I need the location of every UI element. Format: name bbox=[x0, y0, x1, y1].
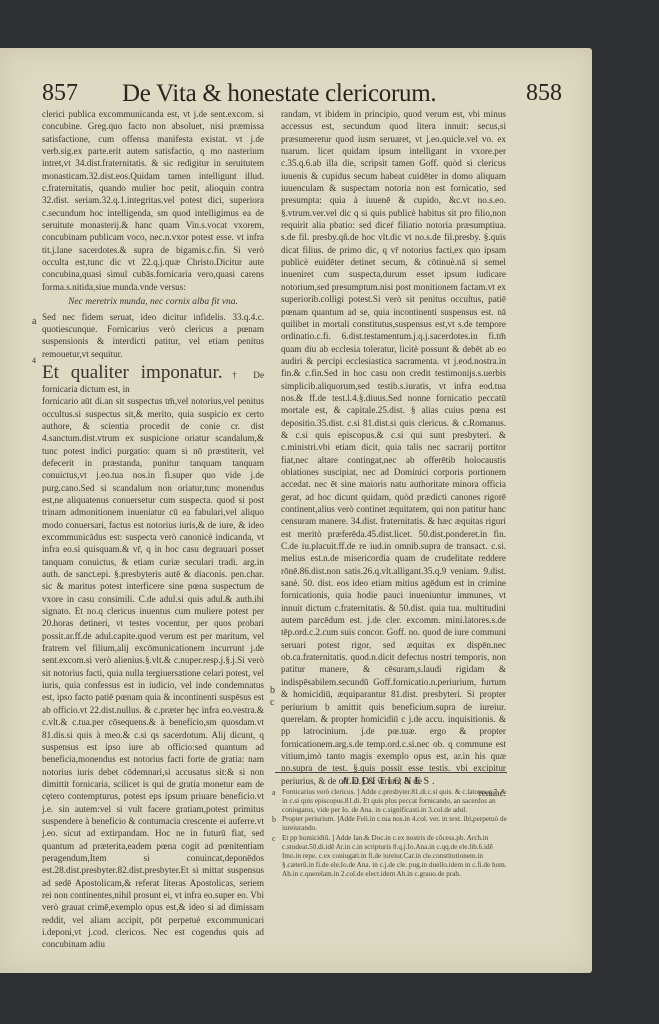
margin-letter-c: c bbox=[270, 697, 274, 708]
addition-item: a Fornicarius verò clericus. ] Adde c.pr… bbox=[272, 788, 507, 815]
additiones-section: ADDITIONES. a Fornicarius verò clericus.… bbox=[272, 777, 507, 879]
addition-text: Propter periurium. ]Adde Feli.in c.tua n… bbox=[282, 815, 507, 832]
right-column: randam, vt ibidem in principio, quod ver… bbox=[281, 108, 506, 799]
section-heading: Et qualiter imponatur. bbox=[42, 362, 223, 383]
right-page-number: 858 bbox=[526, 80, 562, 107]
margin-letter-a: a bbox=[32, 316, 36, 327]
margin-letter-b: b bbox=[270, 685, 275, 696]
left-page-number: 857 bbox=[42, 80, 78, 107]
section-divider bbox=[275, 772, 507, 773]
additiones-title: ADDITIONES. bbox=[272, 777, 507, 786]
left-paragraph-2: Sed nec fidem seruat, ideo dicitur infid… bbox=[42, 311, 264, 360]
verse-line: Nec meretrix munda, nec cornix alba fit … bbox=[42, 296, 264, 308]
addition-text: Et pp homicidiū. ] Adde Ian.& Doc.in c.e… bbox=[282, 834, 507, 878]
addition-item: b Propter periurium. ]Adde Feli.in c.tua… bbox=[272, 815, 507, 833]
right-paragraph-1: randam, vt ibidem in principio, quod ver… bbox=[281, 108, 506, 787]
addition-label: c bbox=[272, 834, 276, 843]
running-header: 857 De Vita & honestate clericorum. 858 bbox=[42, 80, 562, 108]
addition-label: b bbox=[272, 815, 276, 824]
left-paragraph-1: clerici publica excommunicanda est, vt j… bbox=[42, 108, 264, 293]
addition-item: c Et pp homicidiū. ] Adde Ian.& Doc.in c… bbox=[272, 834, 507, 879]
addition-text: Fornicarius verò clericus. ] Adde c.pres… bbox=[282, 788, 506, 814]
page-title: De Vita & honestate clericorum. bbox=[122, 80, 436, 108]
left-column: clerici publica excommunicanda est, vt j… bbox=[42, 108, 264, 951]
addition-label: a bbox=[272, 788, 276, 797]
margin-number-4: 4 bbox=[32, 356, 36, 365]
left-paragraph-3: fornicario aūt di.an sit suspectus tm̄,v… bbox=[42, 395, 264, 950]
